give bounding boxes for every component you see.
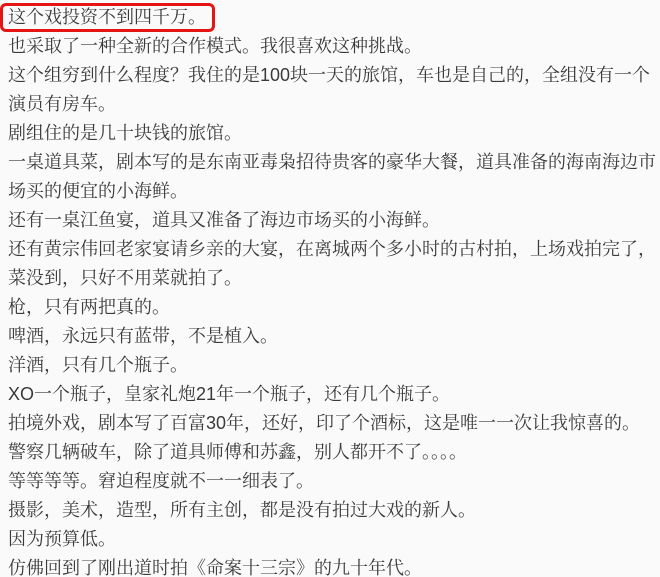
text-line: 这个组穷到什么程度？我住的是100块一天的旅馆，车也是自己的，全组没有一个 (8, 61, 652, 90)
text-line: 拍境外戏，剧本写了百富30年，还好，印了个酒标，这是唯一一次让我惊喜的。 (8, 409, 652, 438)
text-line: 等等等等。窘迫程度就不一一细表了。 (8, 467, 652, 496)
article-text: 这个戏投资不到四千万。也采取了一种全新的合作模式。我很喜欢这种挑战。这个组穷到什… (0, 0, 660, 577)
text-line: 因为预算低。 (8, 525, 652, 554)
text-line: 演员有房车。 (8, 90, 652, 119)
text-line: 还有一桌江鱼宴，道具又准备了海边市场买的小海鲜。 (8, 206, 652, 235)
text-line: 警察几辆破车，除了道具师傅和苏鑫，别人都开不了。。。。 (8, 438, 652, 467)
text-line: XO一个瓶子，皇家礼炮21年一个瓶子，还有几个瓶子。 (8, 380, 652, 409)
text-line: 枪，只有两把真的。 (8, 293, 652, 322)
highlight-box: 这个戏投资不到四千万。 (0, 3, 215, 32)
text-line: 菜没到，只好不用菜就拍了。 (8, 264, 652, 293)
text-line: 还有黄宗伟回老家宴请乡亲的大宴，在离城两个多小时的古村拍，上场戏拍完了， (8, 235, 652, 264)
text-line: 摄影，美术，造型，所有主创，都是没有拍过大戏的新人。 (8, 496, 652, 525)
text-line: 洋酒，只有几个瓶子。 (8, 351, 652, 380)
text-line: 也采取了一种全新的合作模式。我很喜欢这种挑战。 (8, 32, 652, 61)
text-line: 剧组住的是几十块钱的旅馆。 (8, 119, 652, 148)
text-line: 一桌道具菜，剧本写的是东南亚毒枭招待贵客的豪华大餐，道具准备的海南海边市 (8, 148, 652, 177)
text-line: 啤酒，永远只有蓝带，不是植入。 (8, 322, 652, 351)
text-line: 仿佛回到了刚出道时拍《命案十三宗》的九十年代。 (8, 554, 652, 577)
text-line: 这个戏投资不到四千万。 (8, 3, 652, 32)
text-line: 场买的便宜的小海鲜。 (8, 177, 652, 206)
